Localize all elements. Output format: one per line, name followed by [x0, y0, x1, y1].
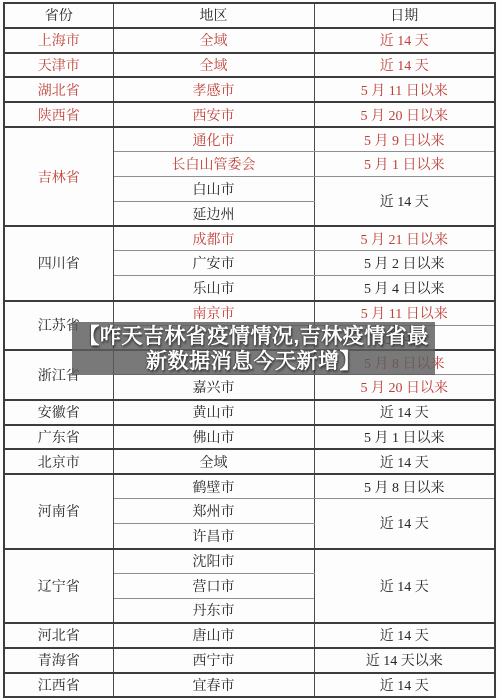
headline-line-1: 【咋天吉林省疫情情况,吉林疫情省最: [78, 324, 428, 349]
region-cell: 佛山市: [113, 425, 314, 450]
date-cell: 近 14 天以来: [314, 648, 495, 673]
table-row: 江西省宜春市近 14 天: [4, 673, 495, 698]
region-cell: 广安市: [113, 251, 314, 276]
region-cell: 营口市: [113, 573, 314, 598]
date-cell: 5 月 4 日以来: [314, 276, 495, 301]
province-cell: 河北省: [4, 623, 113, 648]
table-row: 广东省佛山市5 月 1 日以来: [4, 425, 495, 450]
province-cell: 上海市: [4, 28, 113, 53]
region-cell: 全域: [113, 28, 314, 53]
header-province: 省份: [4, 3, 113, 28]
region-cell: 沈阳市: [113, 549, 314, 574]
date-cell: 5 月 21 日以来: [314, 226, 495, 251]
date-cell: 5 月 8 日以来: [314, 474, 495, 499]
province-cell: 青海省: [4, 648, 113, 673]
table-row: 辽宁省沈阳市近 14 天: [4, 549, 495, 574]
province-cell: 天津市: [4, 53, 113, 78]
region-cell: 许昌市: [113, 524, 314, 549]
region-cell: 乐山市: [113, 276, 314, 301]
province-cell: 湖北省: [4, 77, 113, 102]
headline-overlay: 【咋天吉林省疫情情况,吉林疫情省最 新数据消息今天新增】: [72, 322, 435, 375]
table-row: 河北省唐山市近 14 天: [4, 623, 495, 648]
date-cell: 近 14 天: [314, 28, 495, 53]
region-cell: 鹤壁市: [113, 474, 314, 499]
table-row: 湖北省孝感市5 月 11 日以来: [4, 77, 495, 102]
date-cell: 5 月 20 日以来: [314, 375, 495, 400]
region-cell: 通化市: [113, 127, 314, 152]
date-cell: 近 14 天: [314, 53, 495, 78]
region-cell: 嘉兴市: [113, 375, 314, 400]
headline-line-2: 新数据消息今天新增】: [146, 349, 361, 374]
date-cell: 近 14 天: [314, 623, 495, 648]
region-cell: 白山市: [113, 177, 314, 202]
date-cell: 近 14 天: [314, 499, 495, 549]
region-cell: 西安市: [113, 102, 314, 127]
header-region: 地区: [113, 3, 314, 28]
date-cell: 5 月 9 日以来: [314, 127, 495, 152]
date-cell: 近 14 天: [314, 549, 495, 623]
screenshot-root: 省份 地区 日期 上海市全域近 14 天天津市全域近 14 天湖北省孝感市5 月…: [0, 0, 500, 699]
region-cell: 孝感市: [113, 77, 314, 102]
date-cell: 近 14 天: [314, 177, 495, 227]
region-cell: 全域: [113, 449, 314, 474]
header-date: 日期: [314, 3, 495, 28]
province-cell: 陕西省: [4, 102, 113, 127]
date-cell: 5 月 2 日以来: [314, 251, 495, 276]
date-cell: 5 月 11 日以来: [314, 77, 495, 102]
table-row: 四川省成都市5 月 21 日以来: [4, 226, 495, 251]
region-cell: 长白山管委会: [113, 152, 314, 177]
province-cell: 辽宁省: [4, 549, 113, 623]
region-cell: 延边州: [113, 201, 314, 226]
region-cell: 全域: [113, 53, 314, 78]
region-cell: 郑州市: [113, 499, 314, 524]
province-cell: 北京市: [4, 449, 113, 474]
date-cell: 近 14 天: [314, 449, 495, 474]
region-cell: 宜春市: [113, 673, 314, 698]
table-row: 吉林省通化市5 月 9 日以来: [4, 127, 495, 152]
region-cell: 唐山市: [113, 623, 314, 648]
province-cell: 四川省: [4, 226, 113, 300]
province-cell: 安徽省: [4, 400, 113, 425]
date-cell: 5 月 1 日以来: [314, 425, 495, 450]
region-cell: 成都市: [113, 226, 314, 251]
date-cell: 近 14 天: [314, 673, 495, 698]
table-row: 天津市全域近 14 天: [4, 53, 495, 78]
date-cell: 5 月 1 日以来: [314, 152, 495, 177]
table-row: 陕西省西安市5 月 20 日以来: [4, 102, 495, 127]
table-header-row: 省份 地区 日期: [4, 3, 495, 28]
region-cell: 黄山市: [113, 400, 314, 425]
table-row: 河南省鹤壁市5 月 8 日以来: [4, 474, 495, 499]
province-cell: 江西省: [4, 673, 113, 698]
date-cell: 5 月 20 日以来: [314, 102, 495, 127]
province-cell: 吉林省: [4, 127, 113, 226]
region-cell: 丹东市: [113, 598, 314, 623]
table-row: 青海省西宁市近 14 天以来: [4, 648, 495, 673]
province-cell: 河南省: [4, 474, 113, 548]
table-row: 北京市全域近 14 天: [4, 449, 495, 474]
table-row: 安徽省黄山市近 14 天: [4, 400, 495, 425]
province-cell: 广东省: [4, 425, 113, 450]
date-cell: 近 14 天: [314, 400, 495, 425]
table-row: 上海市全域近 14 天: [4, 28, 495, 53]
region-cell: 西宁市: [113, 648, 314, 673]
